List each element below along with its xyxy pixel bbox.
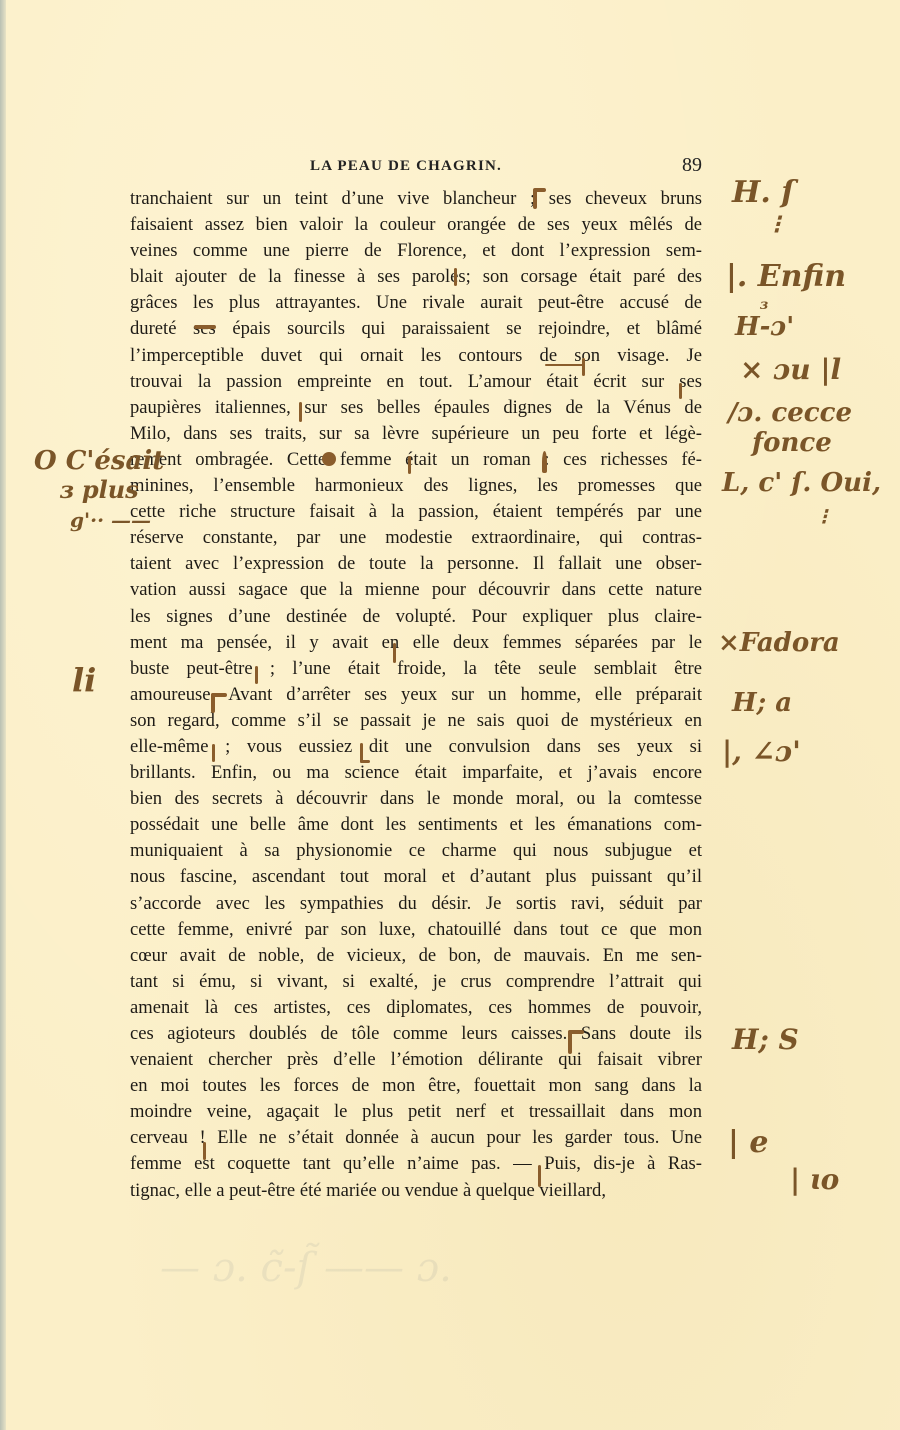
text-line: cette riche structure faisait à la passi… [130,499,702,525]
margin-annotation: H; S [732,1026,799,1054]
circle-mark [322,452,336,466]
margin-annotation: H; a [732,690,792,716]
text-line: son regard, comme s’il se passait je ne … [130,708,702,734]
text-line: ces agioteurs doublés de tôle comme leur… [130,1021,702,1047]
margin-annotation: O C'ésait [34,448,164,474]
page-header: LA PEAU DE CHAGRIN. 89 [130,156,702,180]
insertion-mark [393,643,396,663]
margin-annotation: ɜ plus [60,478,139,502]
paragraph-mark [568,1030,584,1034]
text-line: paupières italiennes, sur ses belles épa… [130,395,702,421]
margin-annotation: |, ∠ɔ' [722,738,801,766]
insertion-mark [538,1165,541,1187]
margin-annotation: H. ſ [732,178,794,208]
running-title: LA PEAU DE CHAGRIN. [310,158,502,175]
margin-annotation: | ɩo [790,1166,839,1194]
margin-annotation: L, c' ſ. Oui, [722,470,881,496]
margin-annotation: | e [728,1128,768,1158]
text-line: les signes d’une destinée de volupté. Po… [130,604,702,630]
insertion-mark [203,1142,206,1160]
insertion-mark [255,666,258,684]
text-line: grâces les plus attrayantes. Une rivale … [130,290,702,316]
text-line: taient avec l’expression de toute la per… [130,551,702,577]
text-line: rement ombragée. Cette femme était un ro… [130,447,702,473]
text-line: dureté ses épais sourcils qui paraissaie… [130,316,702,342]
text-line: nous fascine, ascendant tout moral et d’… [130,864,702,890]
insertion-mark [533,188,546,192]
margin-annotation: ×Fadora [718,630,840,656]
text-line: blait ajouter de la finesse à ses parole… [130,264,702,290]
text-line: cette femme, enivré par son luxe, chatou… [130,917,702,943]
text-line: vation aussi sagace que la mienne pour d… [130,577,702,603]
margin-annotation: ⁝ [820,506,827,528]
text-line: minines, l’ensemble harmonieux des ligne… [130,473,702,499]
text-line: tant si ému, si vivant, si exalté, je cr… [130,969,702,995]
margin-annotation: li [72,664,96,696]
margin-annotation: ⁝ [772,212,780,238]
text-line: amenait là ces artistes, ces diplomates,… [130,995,702,1021]
insertion-mark [679,383,682,399]
text-line: veines comme une pierre de Florence, et … [130,238,702,264]
text-line: Milo, dans ses traits, sur sa lèvre supé… [130,421,702,447]
text-line: ment ma pensée, il y avait en elle deux … [130,630,702,656]
insertion-mark [212,744,215,762]
margin-annotation: /ɔ. cecce [728,400,852,426]
text-line: s’accorde avec les sympathies du désir. … [130,891,702,917]
text-line: venaient chercher près d’elle l’émotion … [130,1047,702,1073]
text-line: faisaient assez bien valoir la couleur o… [130,212,702,238]
insertion-mark [454,268,457,286]
text-line: réserve constante, par une modestie extr… [130,525,702,551]
text-line: femme est coquette tant qu’elle n’aime p… [130,1151,702,1177]
margin-annotation: |. Enfin [726,262,846,292]
paragraph-mark [211,693,227,697]
text-line: moindre veine, agaçait le plus petit ner… [130,1099,702,1125]
text-line: en moi toutes les forces de mon être, fo… [130,1073,702,1099]
insertion-mark [299,402,302,422]
margin-annotation: g'·· —— [70,510,151,530]
insertion-mark [408,456,411,474]
insertion-mark [360,760,370,763]
strikethrough-mark [545,364,585,366]
page-number: 89 [682,154,702,177]
text-line: possédait une belle âme dont les sentime… [130,812,702,838]
margin-annotation: × ɔu |l [740,356,841,384]
text-line: elle-même ; vous eussiez dit une convuls… [130,734,702,760]
text-line: brillants. Enfin, ou ma science était im… [130,760,702,786]
delete-mark [194,325,216,329]
text-line: l’imperceptible duvet qui ornait les con… [130,343,702,369]
text-line: trouvai la passion empreinte en tout. L’… [130,369,702,395]
margin-annotation: H-ɔ' [735,314,794,340]
text-line: cerveau ! Elle ne s’était donnée à aucun… [130,1125,702,1151]
text-line: tignac, elle a peut-être été mariée ou v… [130,1178,702,1204]
insertion-mark [582,358,585,376]
show-through-ghost: — ɔ. c̃-ſ̃ —— ɔ. [160,1245,452,1291]
insertion-mark [542,451,547,473]
insertion-mark [533,189,537,209]
text-line: cœur avait de noble, de vicieux, de bon,… [130,943,702,969]
text-line: bien des secrets à découvrir dans le mon… [130,786,702,812]
text-line: tranchaient sur un teint d’une vive blan… [130,186,702,212]
text-line: muniquaient à sa physionomie ce charme q… [130,838,702,864]
margin-annotation: fonce [752,430,832,456]
margin-annotation: ɜ [760,298,768,312]
text-line: buste peut-être ; l’une était froide, la… [130,656,702,682]
